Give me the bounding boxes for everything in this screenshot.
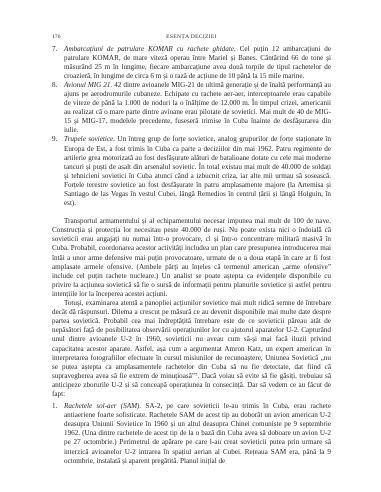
running-header: 176 ESENȚA DECIZIEI (52, 33, 331, 43)
list-number: 8. (52, 81, 64, 136)
list-item: 1. Rachetele sol-aer (SAM). SA-2, pe car… (52, 402, 331, 466)
list-body: Avionul MIG 21. 42 dintre avioanele MIG-… (64, 81, 331, 136)
list-number: 1. (52, 402, 64, 466)
document-page: 176 ESENȚA DECIZIEI 7. Ambarcațiuni de p… (52, 33, 331, 466)
list-number: 9. (52, 135, 64, 208)
list-body: Rachetele sol-aer (SAM). SA-2, pe care s… (64, 402, 331, 466)
list-item: 8. Avionul MIG 21. 42 dintre avioanele M… (52, 81, 331, 136)
page-number: 176 (52, 33, 61, 43)
running-title: ESENȚA DECIZIEI (52, 33, 331, 42)
item-title: Avionul MIG 21. (64, 81, 112, 89)
body-paragraph: Totuși, examinarea atentă a panopliei ac… (52, 299, 331, 399)
list-item: 7. Ambarcațiuni de patrulare KOMAR cu ra… (52, 45, 331, 81)
item-text: SA-2, pe care sovieticii le-au trimis în… (64, 402, 331, 465)
list-item: 9. Trupele sovietice. Un întreg grup de … (52, 135, 331, 208)
item-text: Un întreg grup de forțe sovietice, analo… (64, 135, 331, 207)
item-title: Trupele sovietice. (64, 135, 115, 143)
item-title: Ambarcațiuni de patrulare KOMAR cu rache… (64, 45, 236, 53)
body-paragraph: Transportul armamentului și al echipamen… (52, 217, 331, 299)
list-body: Trupele sovietice. Un întreg grup de for… (64, 135, 331, 208)
section-gap (52, 208, 331, 217)
list-number: 7. (52, 45, 64, 81)
list-body: Ambarcațiuni de patrulare KOMAR cu rache… (64, 45, 331, 81)
item-title: Rachetele sol-aer (SAM). (64, 402, 141, 410)
